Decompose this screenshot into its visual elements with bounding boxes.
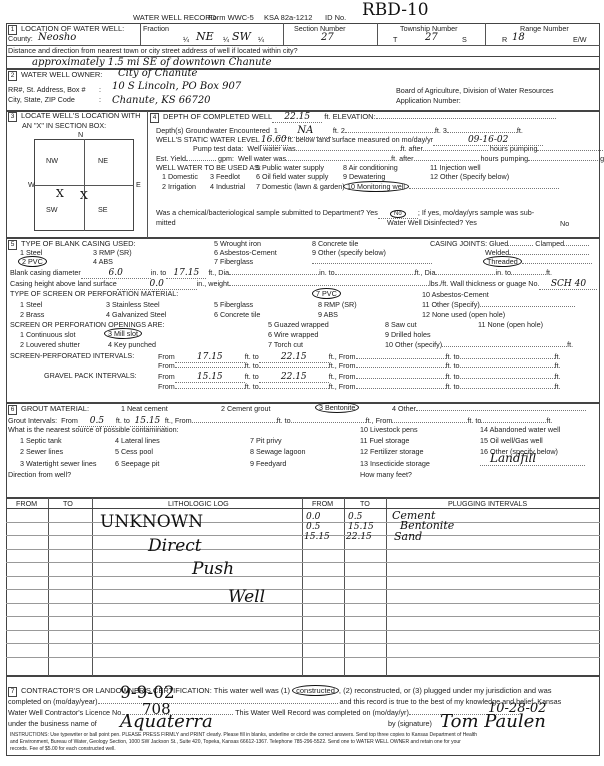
screen-pvc-selected[interactable]: 7 PVC [312, 288, 341, 299]
gravel-intervals-label: GRAVEL PACK INTERVALS: [44, 372, 137, 380]
range-field[interactable]: 18 [512, 32, 525, 44]
grout-bentonite-selected[interactable]: 3 Bentonite [315, 402, 359, 413]
disinfected-label: Water Well Disinfected? Yes [387, 219, 477, 227]
use-2[interactable]: 2 Irrigation [162, 183, 196, 191]
grout-title: GROUT MATERIAL: [21, 404, 89, 413]
form-number: Form WWC-5 [208, 14, 254, 23]
how-many-feet-label: How many feet? [360, 471, 412, 479]
location-mark: X [80, 190, 88, 203]
section-number-label: Section Number [294, 25, 346, 33]
contamination-label: What is the nearest source of possible c… [8, 426, 179, 434]
plug-header-from: FROM [312, 500, 333, 508]
range-ew: E/W [573, 36, 587, 44]
plug-to: 0.5 [348, 512, 362, 522]
distance-label: Distance and direction from nearest town… [8, 47, 298, 55]
business-label: under the business name of [8, 720, 97, 728]
plug-desc: Sand [394, 531, 422, 544]
joints-threaded-selected[interactable]: Threaded [483, 256, 522, 267]
signature-field[interactable]: Tom Paulen [440, 712, 546, 733]
screen-from-field[interactable]: 17.15 [197, 352, 223, 362]
instructions-line: records. Fee of $5.00 for each construct… [10, 747, 116, 753]
litho-line: Direct [148, 537, 202, 557]
range-label: Range Number [520, 25, 569, 33]
id-value: RBD-10 [362, 1, 429, 21]
board-label: Board of Agriculture, Division of Water … [396, 87, 554, 95]
locate-subtitle: AN "X" IN SECTION BOX: [22, 122, 106, 130]
openings-title: SCREEN OR PERFORATION OPENINGS ARE: [10, 321, 164, 329]
plug-from: 15.15 [304, 532, 330, 542]
use-1[interactable]: 1 Domestic [162, 173, 198, 181]
gauge-field[interactable]: SCH 40 [551, 279, 586, 289]
fraction-2-field[interactable]: SW [232, 31, 251, 44]
log-table [6, 498, 600, 676]
plug-header-intervals: PLUGGING INTERVALS [448, 500, 527, 508]
sample-no-selected[interactable]: No [390, 210, 406, 218]
casing-height-field[interactable]: 0.0 [150, 279, 164, 289]
city-label: City, State, ZIP Code [8, 96, 75, 104]
id-label: ID No. [325, 14, 346, 23]
disinfected-no[interactable]: No [560, 220, 569, 228]
distance-field[interactable]: approximately 1.5 mi SE of downtown Chan… [32, 57, 272, 69]
casing-title: TYPE OF BLANK CASING USED: [21, 239, 136, 248]
casing-diameter-field[interactable]: 6.0 [109, 268, 123, 278]
application-label: Application Number: [396, 97, 461, 105]
signature-label: by (signature) [388, 720, 432, 728]
gravel-from-field[interactable]: 15.15 [197, 372, 223, 382]
plug-to: 15.15 [348, 522, 374, 532]
log-header-to: TO [63, 500, 73, 508]
use-12[interactable]: 12 Other (Specify below) [430, 173, 509, 181]
fraction-1-field[interactable]: NE [196, 31, 214, 44]
locate-title: LOCATE WELL'S LOCATION WITH [21, 111, 141, 120]
screen-intervals-label: SCREEN-PERFORATED INTERVALS: [10, 352, 134, 360]
form-title: WATER WELL RECORD [133, 14, 216, 23]
litho-line: UNKNOWN [100, 513, 203, 533]
use-7[interactable]: 7 Domestic (lawn & garden) [256, 183, 345, 191]
plug-from: 0.5 [306, 522, 320, 532]
litho-line: Push [192, 560, 234, 580]
certification-title: CONTRACTOR'S OR LANDOWNER'S CERTIFICATIO… [21, 686, 212, 695]
section-number-field[interactable]: 27 [321, 32, 334, 44]
owner-field[interactable]: City of Chanute [118, 68, 197, 80]
city-field[interactable]: Chanute, KS 66720 [112, 95, 211, 107]
plug-to: 22.15 [346, 532, 372, 542]
screen-to-field[interactable]: 22.15 [281, 352, 307, 362]
gravel-to-field[interactable]: 22.15 [281, 372, 307, 382]
plug-from: 0.0 [306, 512, 320, 522]
openings-mill-slot-selected[interactable]: 3 Mill slot [104, 328, 142, 339]
use-4[interactable]: 4 Industrial [210, 183, 245, 191]
ksa-reference: KSA 82a-1212 [264, 14, 312, 23]
constructed-selected[interactable]: constructed [292, 685, 339, 696]
instructions-line: INSTRUCTIONS: Use typewriter or ball poi… [10, 733, 477, 739]
use-10-selected[interactable]: 10 Monitoring well [343, 181, 409, 192]
direction-label: Direction from well? [8, 471, 71, 479]
casing-to-field[interactable]: 17.15 [173, 268, 199, 278]
use-6[interactable]: 6 Oil field water supply [256, 173, 328, 181]
plug-header-to: TO [360, 500, 370, 508]
log-header-lithologic: LITHOLOGIC LOG [168, 500, 229, 508]
depth-label: DEPTH OF COMPLETED WELL [163, 112, 272, 121]
screen-title: TYPE OF SCREEN OR PERFORATION MATERIAL: [10, 290, 178, 298]
contamination-other-field[interactable]: Landfill [490, 452, 536, 466]
depth-field[interactable]: 22.15 [284, 112, 310, 122]
business-field[interactable]: Aquaterra [120, 712, 213, 733]
casing-pvc-selected[interactable]: 2 PVC [18, 256, 47, 267]
fraction-label: Fraction [143, 25, 169, 33]
log-header-from: FROM [16, 500, 37, 508]
address-field[interactable]: 10 S Lincoln, PO Box 907 [112, 81, 241, 93]
county-label: County: [8, 35, 33, 43]
instructions-line: and Environment, Bureau of Water, Geolog… [10, 740, 461, 746]
litho-line: Well [228, 588, 265, 608]
use-3[interactable]: 3 Feedlot [210, 173, 240, 181]
county-field[interactable]: Neosho [38, 32, 76, 44]
owner-title: WATER WELL OWNER: [21, 70, 102, 79]
township-field[interactable]: 27 [425, 32, 438, 44]
address-label: RR#, St. Address, Box # [8, 86, 86, 94]
